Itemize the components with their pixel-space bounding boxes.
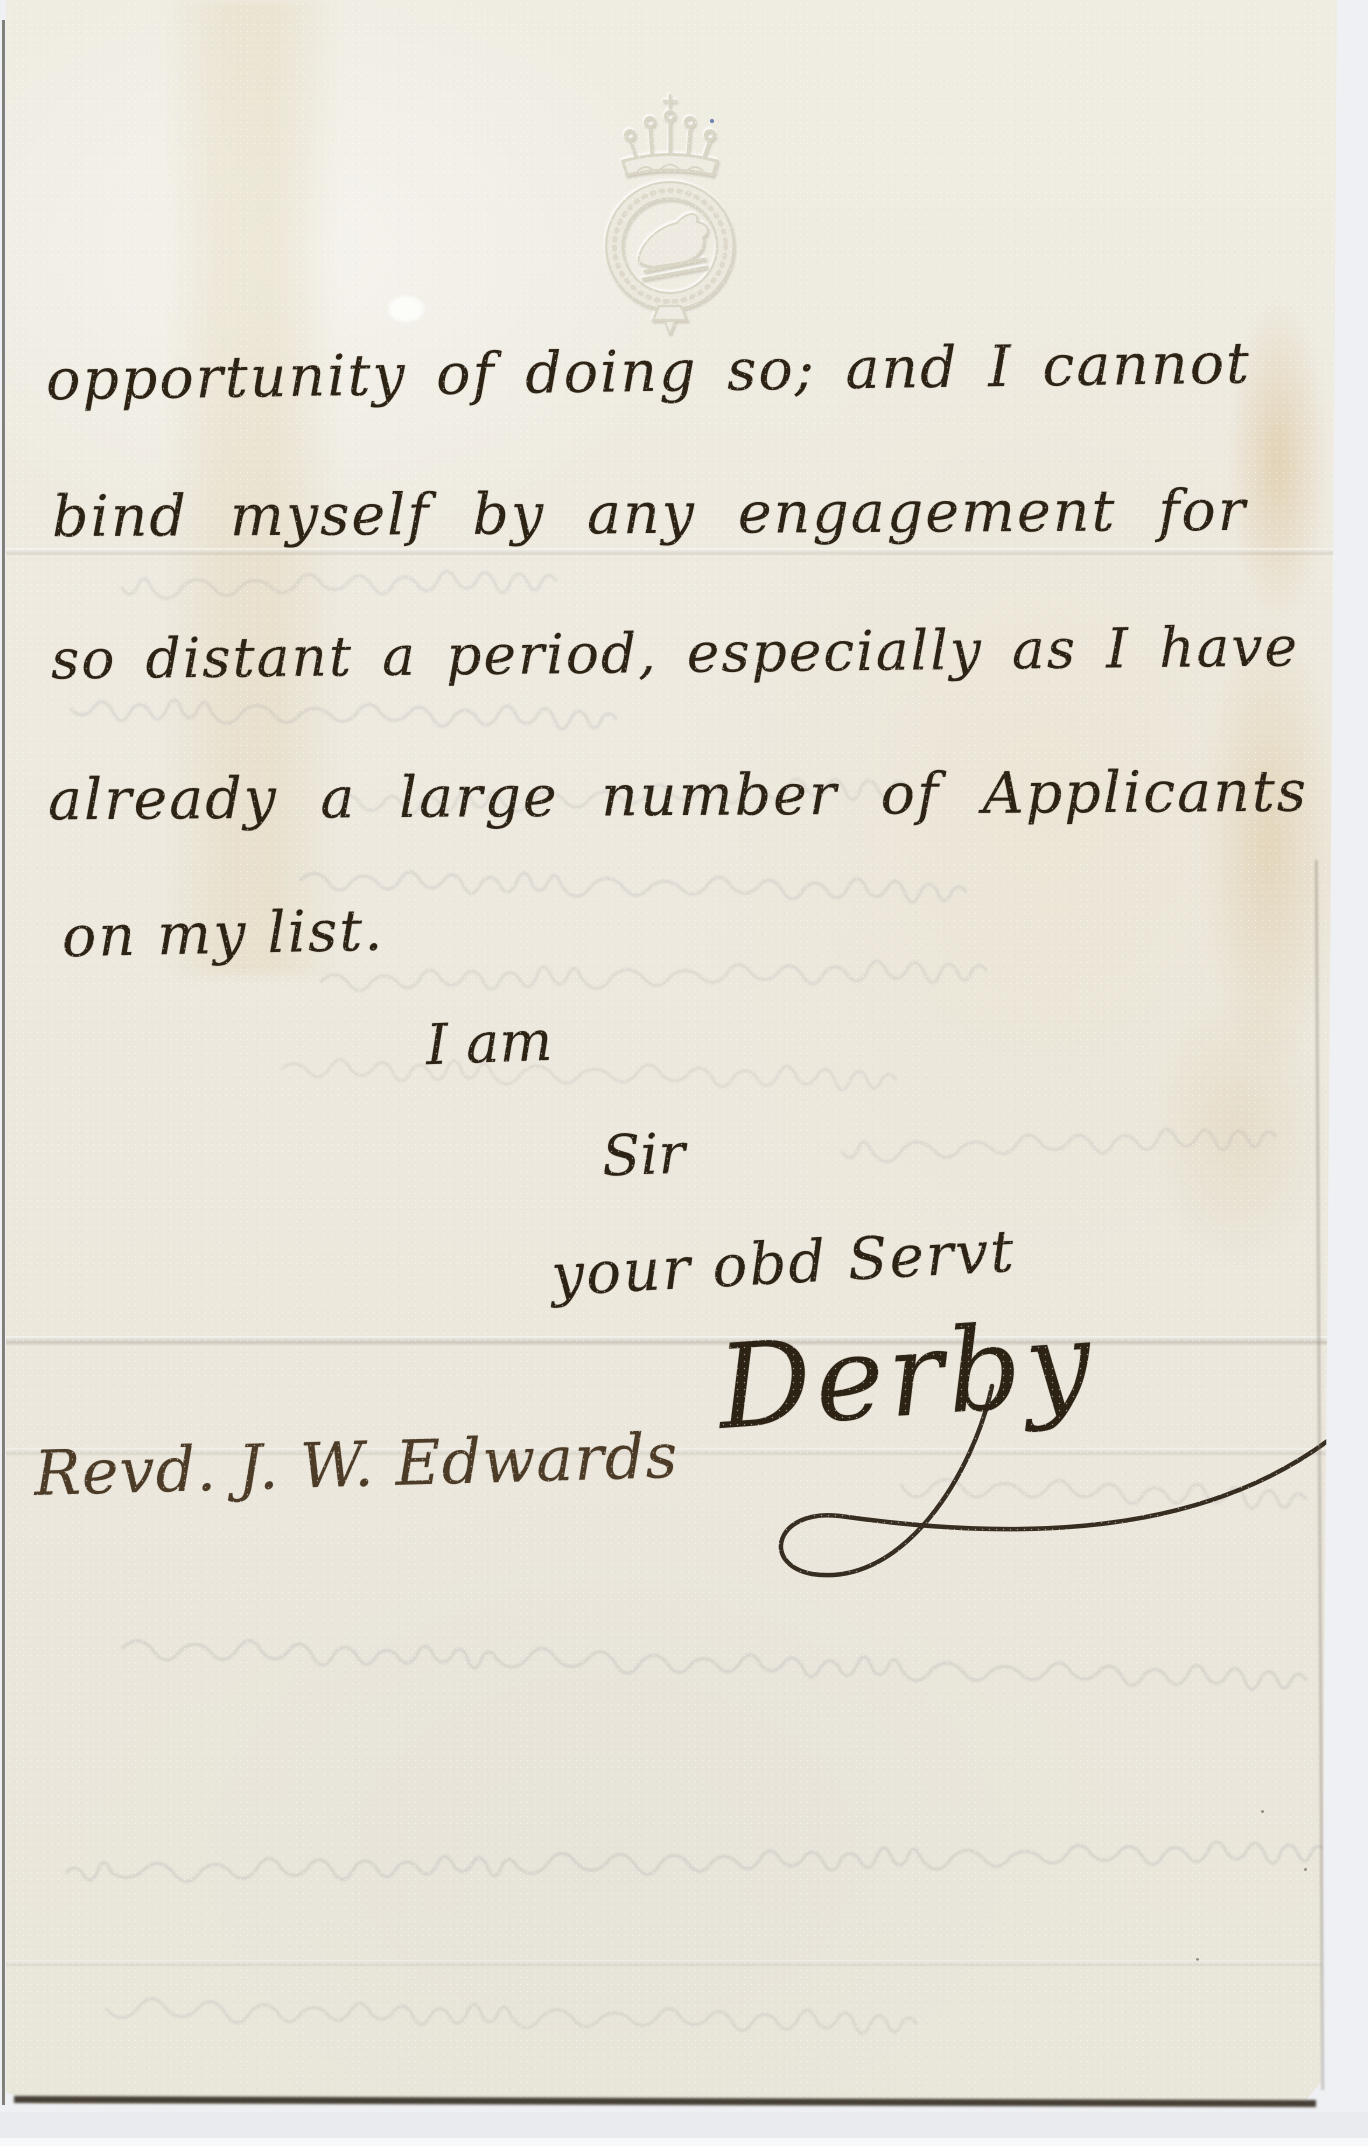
paper-chip (388, 296, 424, 322)
show-through-writing (296, 1045, 897, 1101)
closing-line-your-obd-servt: your obd Servt (550, 1222, 1017, 1304)
speck (1261, 1810, 1264, 1813)
letter-body-line-2: bind myself by any engagement for (52, 483, 1247, 546)
letter-page: opportunity of doing so; and I cannot bi… (6, 0, 1339, 2110)
closing-line-i-am: I am (425, 1014, 553, 1074)
speck (1196, 1958, 1199, 1961)
show-through-writing (136, 1625, 1307, 1702)
letter-body-line-5: on my list. (61, 903, 384, 967)
letter-body-line-1: opportunity of doing so; and I cannot (46, 336, 1252, 410)
scanner-background-strip (0, 2138, 1368, 2146)
stain (1152, 990, 1328, 1270)
signature-derby: Derby (714, 1305, 1098, 1447)
show-through-writing (326, 856, 967, 913)
show-through-writing (66, 1827, 1327, 1895)
embossed-crest-seal (598, 90, 742, 334)
fold-crease (6, 1336, 1339, 1346)
fold-crease (6, 1960, 1339, 1967)
show-through-writing (905, 1461, 1306, 1521)
letter-body-line-4: already a large number of Applicants (48, 764, 1308, 830)
paper-left-edge (2, 20, 5, 2105)
letter-body-line-3: so distant a period, especially as I hav… (51, 619, 1300, 687)
speck (1304, 1868, 1307, 1871)
addressee-line: Revd. J. W. Edwards (33, 1425, 679, 1505)
show-through-writing (116, 1985, 917, 2045)
closing-line-sir: Sir (601, 1127, 686, 1186)
show-through-writing (326, 946, 987, 1004)
show-through-writing (845, 1113, 1276, 1174)
show-through-writing (76, 685, 617, 740)
